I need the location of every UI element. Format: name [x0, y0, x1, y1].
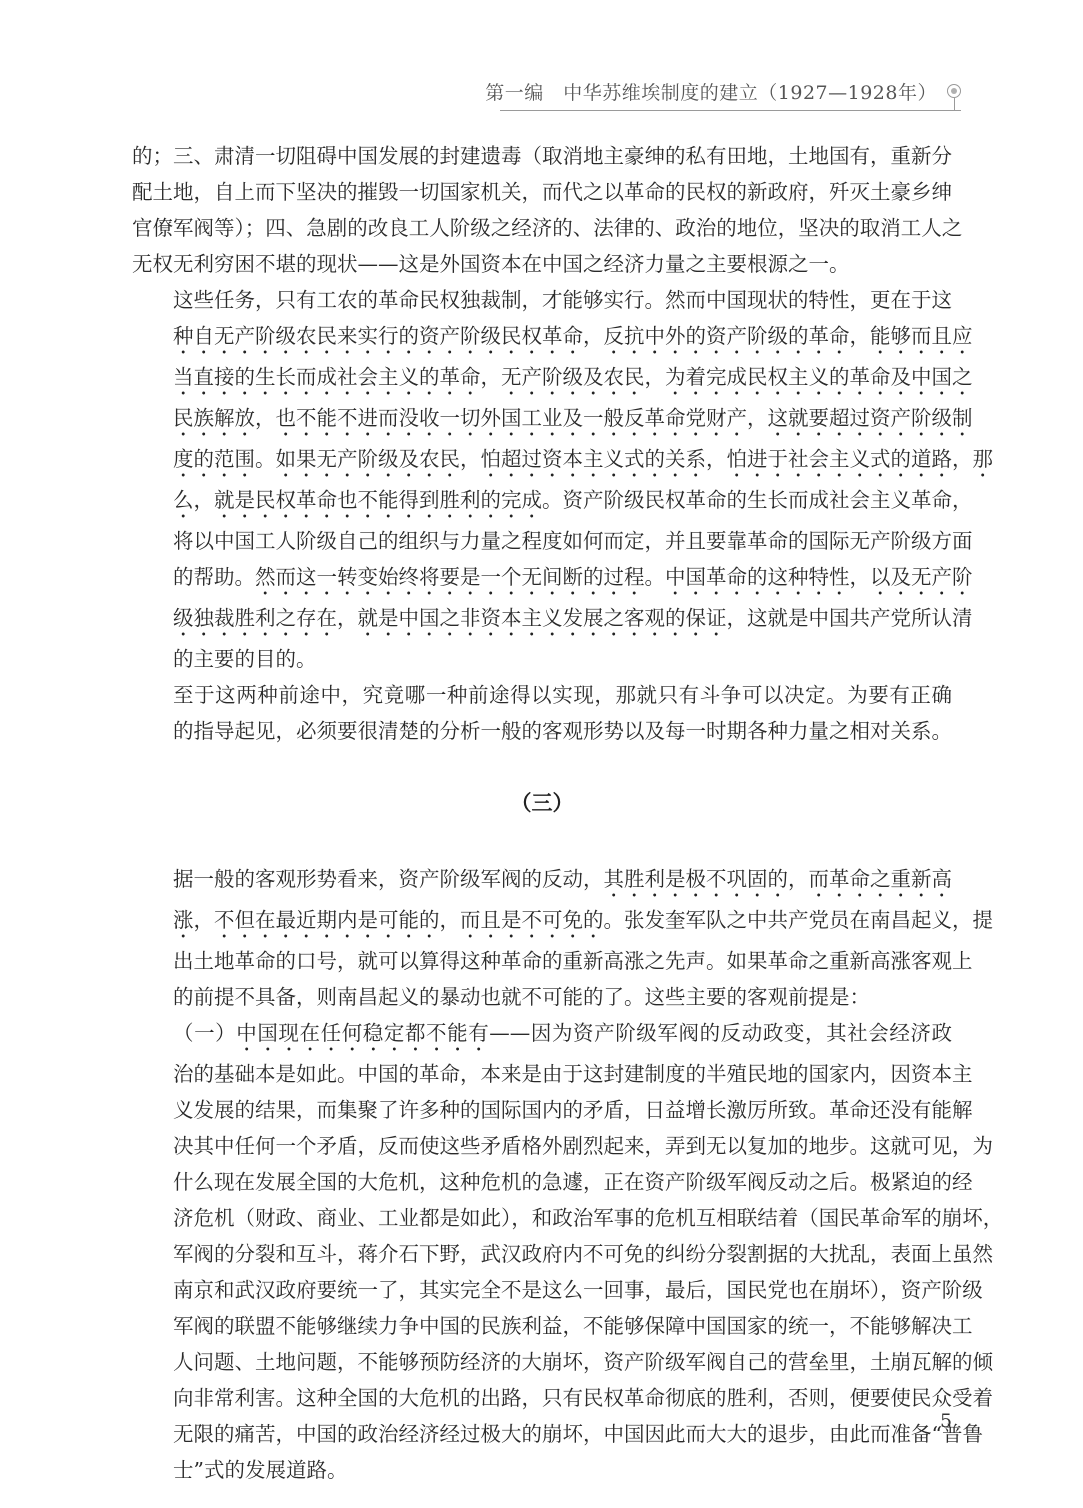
text-line: 将以中国工人阶级自己的组织与力量之程度如何而定，并且要靠革命的国际无产阶级方面 [132, 523, 952, 559]
text-run: 至于这两种前途中，究竟哪一种前途得以实现，那就只有斗争可以决定。为要有正确 [173, 683, 952, 707]
text-line: 什么现在发展全国的大危机，这种危机的急遽，正在资产阶级军阀反动之后。极紧迫的经 [132, 1164, 952, 1200]
text-line: 民族解放，也不能不进而没收一切外国工业及一般反革命党财产，这就要超过资产阶级制 [132, 400, 952, 441]
text-run: 人问题、土地问题，不能够预防经济的大崩坏，资产阶级军阀自己的营垒里，土崩瓦解的倾 [173, 1350, 993, 1374]
paragraph: 至于这两种前途中，究竟哪一种前途得以实现，那就只有斗争可以决定。为要有正确的指导… [132, 677, 952, 749]
text-run: 决其中任何一个矛盾，反而使这些矛盾格外剧烈起来，弄到无以复加的地步。这就可见，为 [173, 1134, 993, 1158]
emphasized-text: 然而这一转变始终将要是一个无间断的过程 [255, 565, 645, 589]
text-run: 无权无利穷困不堪的现状——这是外国资本在中国之经济力量之主要根源之一。 [132, 252, 850, 276]
paragraph: 据一般的客观形势看来，资产阶级军阀的反动，其胜利是极不巩固的，而革命之重新高涨，… [132, 861, 952, 1015]
text-line: 济危机（财政、商业、工业都是如此），和政治军事的危机互相联结着（国民革命军的崩坏… [132, 1200, 952, 1236]
running-head-rule [500, 110, 961, 111]
text-line: 军阀的分裂和互斗，蒋介石下野，武汉政府内不可免的纠纷分裂割据的大扰乱，表面上虽然 [132, 1236, 952, 1272]
text-line: 士”式的发展道路。 [132, 1452, 952, 1488]
text-line: 种自无产阶级农民来实行的资产阶级民权革命，反抗中外的资产阶级的革命，能够而且应 [132, 318, 952, 359]
emphasized-text: 中国现在任何稳定都不能有 [236, 1021, 489, 1045]
text-run: 这些任务，只有工农的革命民权独裁制，才能够实行。然而中国现状的特性，更在于这 [173, 288, 952, 312]
text-line: 无限的痛苦，中国的政治经济经过极大的崩坏，中国因此而大大的退步，由此而准备“普鲁 [132, 1416, 952, 1452]
text-line: 无权无利穷困不堪的现状——这是外国资本在中国之经济力量之主要根源之一。 [132, 246, 952, 282]
paragraphs-after-heading: 据一般的客观形势看来，资产阶级军阀的反动，其胜利是极不巩固的，而革命之重新高涨，… [132, 861, 952, 1488]
emphasized-text: 如果无产阶级及农民，怕超过资本主义式的关系，怕进于社会主义式的道路，那 [276, 447, 994, 471]
text-line: 向非常利害。这种全国的大危机的出路，只有民权革命彻底的胜利，否则，便要使民众受着 [132, 1380, 952, 1416]
text-run: 。 [255, 447, 276, 471]
paragraphs-before-heading: 的；三、肃清一切阻碍中国发展的封建遗毒（取消地主豪绅的私有田地，土地国有，重新分… [132, 138, 952, 749]
text-line: （一）中国现在任何稳定都不能有——因为资产阶级军阀的反动政变，其社会经济政 [132, 1015, 952, 1056]
page-number: 5 [940, 1410, 952, 1432]
text-run: 的指导起见，必须要很清楚的分析一般的客观形势以及每一时期各种力量之相对关系。 [173, 719, 952, 743]
emphasized-text: 民族解放，也不能不进而没收一切外国工业及一般反革命党财产，这就要超过资产阶级制 [173, 406, 973, 430]
emphasized-text: 种自无产阶级农民来实行的资产阶级民权革命，反抗中外的资产阶级的革命，能够而且应 [173, 324, 973, 348]
text-run: 士”式的发展道路。 [173, 1458, 347, 1482]
text-line: 军阀的联盟不能够继续力争中国的民族利益，不能够保障中国国家的统一，不能够解决工 [132, 1308, 952, 1344]
text-run: 济危机（财政、商业、工业都是如此），和政治军事的危机互相联结着（国民革命军的崩坏… [173, 1206, 1003, 1230]
text-line: 至于这两种前途中，究竟哪一种前途得以实现，那就只有斗争可以决定。为要有正确 [132, 677, 952, 713]
text-line: 这些任务，只有工农的革命民权独裁制，才能够实行。然而中国现状的特性，更在于这 [132, 282, 952, 318]
text-run: 的帮助。 [173, 565, 255, 589]
text-run: 无限的痛苦，中国的政治经济经过极大的崩坏，中国因此而大大的退步，由此而准备“普鲁 [173, 1422, 983, 1446]
emphasized-text: 中国革命的这种特性，以及无产阶 [665, 565, 973, 589]
emphasized-text: 级独裁胜利之存在，就是中国之非资本主义发展之客观的保证 [173, 606, 727, 630]
page-body: 的；三、肃清一切阻碍中国发展的封建遗毒（取消地主豪绅的私有田地，土地国有，重新分… [132, 138, 952, 1488]
text-line: 配土地，自上而下坚决的摧毁一切国家机关，而代之以革命的民权的新政府，歼灭土豪乡绅 [132, 174, 952, 210]
circle-bullet-icon [947, 84, 961, 98]
paragraph: （一）中国现在任何稳定都不能有——因为资产阶级军阀的反动政变，其社会经济政治的基… [132, 1015, 952, 1488]
text-line: 当直接的生长而成社会主义的革命，无产阶级及农民，为着完成民权主义的革命及中国之 [132, 359, 952, 400]
running-head: 第一编 中华苏维埃制度的建立（1927—1928年） [500, 78, 961, 110]
text-run: 的；三、肃清一切阻碍中国发展的封建遗毒（取消地主豪绅的私有田地，土地国有，重新分 [132, 144, 952, 168]
text-line: 度的范围。如果无产阶级及农民，怕超过资本主义式的关系，怕进于社会主义式的道路，那 [132, 441, 952, 482]
running-head-tick [954, 98, 955, 110]
emphasized-text: 涨，不但在最近期内是可能的，而且是不可免的 [173, 908, 604, 932]
text-run: （一） [173, 1021, 236, 1045]
text-line: 级独裁胜利之存在，就是中国之非资本主义发展之客观的保证，这就是中国共产党所认清 [132, 600, 952, 641]
text-run: 的前提不具备，则南昌起义的暴动也就不可能的了。这些主要的客观前提是： [173, 985, 870, 1009]
text-run: 。 [645, 565, 666, 589]
text-run: 军阀的联盟不能够继续力争中国的民族利益，不能够保障中国国家的统一，不能够解决工 [173, 1314, 973, 1338]
text-run: 将以中国工人阶级自己的组织与力量之程度如何而定，并且要靠革命的国际无产阶级方面 [173, 529, 973, 553]
text-line: 据一般的客观形势看来，资产阶级军阀的反动，其胜利是极不巩固的，而革命之重新高 [132, 861, 952, 902]
emphasized-text: 么，就是民权革命也不能得到胜利的完成 [173, 488, 542, 512]
running-head-title: 第一编 中华苏维埃制度的建立（1927—1928年） [485, 78, 937, 105]
text-run: 官僚军阀等）；四、急剧的改良工人阶级之经济的、法律的、政治的地位，坚决的取消工人… [132, 216, 962, 240]
emphasized-text: 当直接的生长而成社会主义的革命，无产阶级及农民，为着完成民权主义的革命及中国之 [173, 365, 973, 389]
text-line: 涨，不但在最近期内是可能的，而且是不可免的。张发奎军队之中共产党员在南昌起义，提 [132, 902, 952, 943]
text-line: 官僚军阀等）；四、急剧的改良工人阶级之经济的、法律的、政治的地位，坚决的取消工人… [132, 210, 952, 246]
paragraph: 的；三、肃清一切阻碍中国发展的封建遗毒（取消地主豪绅的私有田地，土地国有，重新分… [132, 138, 952, 282]
text-line: 义发展的结果，而集聚了许多种的国际国内的矛盾，日益增长激厉所致。革命还没有能解 [132, 1092, 952, 1128]
text-line: 的指导起见，必须要很清楚的分析一般的客观形势以及每一时期各种力量之相对关系。 [132, 713, 952, 749]
text-run: 向非常利害。这种全国的大危机的出路，只有民权革命彻底的胜利，否则，便要使民众受着 [173, 1386, 993, 1410]
text-line: 的前提不具备，则南昌起义的暴动也就不可能的了。这些主要的客观前提是： [132, 979, 952, 1015]
text-run: 据一般的客观形势看来，资产阶级军阀的反动， [173, 867, 604, 891]
text-line: 出土地革命的口号，就可以算得这种革命的重新高涨之先声。如果革命之重新高涨客观上 [132, 943, 952, 979]
text-run: 出土地革命的口号，就可以算得这种革命的重新高涨之先声。如果革命之重新高涨客观上 [173, 949, 973, 973]
text-run: 南京和武汉政府要统一了，其实完全不是这么一回事，最后，国民党也在崩坏），资产阶级 [173, 1278, 983, 1302]
text-line: 的；三、肃清一切阻碍中国发展的封建遗毒（取消地主豪绅的私有田地，土地国有，重新分 [132, 138, 952, 174]
emphasized-text: 其胜利是极不巩固的，而革命之重新高 [604, 867, 953, 891]
text-line: 的帮助。然而这一转变始终将要是一个无间断的过程。中国革命的这种特性，以及无产阶 [132, 559, 952, 600]
section-heading: （三） [132, 785, 952, 821]
text-line: 治的基础本是如此。中国的革命，本来是由于这封建制度的半殖民地的国家内，因资本主 [132, 1056, 952, 1092]
text-run: ，这就是中国共产党所认清 [727, 606, 973, 630]
text-run: 什么现在发展全国的大危机，这种危机的急遽，正在资产阶级军阀反动之后。极紧迫的经 [173, 1170, 973, 1194]
text-run: 。张发奎军队之中共产党员在南昌起义，提 [604, 908, 994, 932]
paragraph: 这些任务，只有工农的革命民权独裁制，才能够实行。然而中国现状的特性，更在于这种自… [132, 282, 952, 677]
text-line: 么，就是民权革命也不能得到胜利的完成。资产阶级民权革命的生长而成社会主义革命， [132, 482, 952, 523]
text-run: 的主要的目的。 [173, 647, 317, 671]
text-line: 南京和武汉政府要统一了，其实完全不是这么一回事，最后，国民党也在崩坏），资产阶级 [132, 1272, 952, 1308]
emphasized-text: 度的范围 [173, 447, 255, 471]
text-run: 治的基础本是如此。中国的革命，本来是由于这封建制度的半殖民地的国家内，因资本主 [173, 1062, 973, 1086]
text-line: 人问题、土地问题，不能够预防经济的大崩坏，资产阶级军阀自己的营垒里，土崩瓦解的倾 [132, 1344, 952, 1380]
text-run: 义发展的结果，而集聚了许多种的国际国内的矛盾，日益增长激厉所致。革命还没有能解 [173, 1098, 973, 1122]
text-run: ——因为资产阶级军阀的反动政变，其社会经济政 [489, 1021, 952, 1045]
text-run: 配土地，自上而下坚决的摧毁一切国家机关，而代之以革命的民权的新政府，歼灭土豪乡绅 [132, 180, 952, 204]
text-line: 决其中任何一个矛盾，反而使这些矛盾格外剧烈起来，弄到无以复加的地步。这就可见，为 [132, 1128, 952, 1164]
text-run: 。资产阶级民权革命的生长而成社会主义革命， [542, 488, 973, 512]
text-line: 的主要的目的。 [132, 641, 952, 677]
text-run: 军阀的分裂和互斗，蒋介石下野，武汉政府内不可免的纠纷分裂割据的大扰乱，表面上虽然 [173, 1242, 993, 1266]
